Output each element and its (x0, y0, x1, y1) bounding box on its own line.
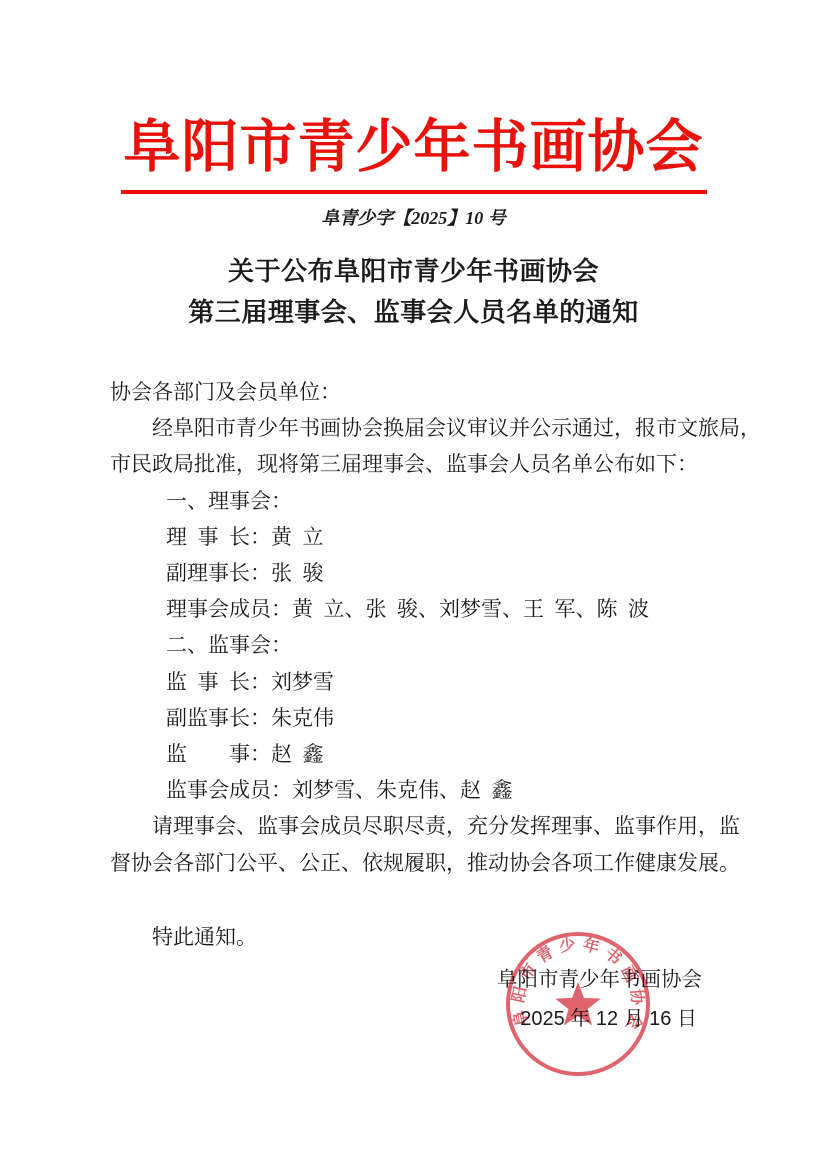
doc-number: 阜青少字【2025】10 号 (0, 203, 827, 233)
document-body: 协会各部门及会员单位： 经阜阳市青少年书画协会换届会议审议并公示通过，报市文旅局… (110, 374, 750, 1039)
closing-line-1: 请理事会、监事会成员尽职尽责，充分发挥理事、监事作用，监 (110, 808, 750, 844)
signature-block: 阜阳市青少年书画协会 2025 年 12 月 16 日 (110, 961, 750, 1039)
vice-supervisor-line: 副监事长：朱克伟 (110, 700, 750, 736)
signature-org: 阜阳市青少年书画协会 (110, 961, 750, 1000)
notice-line: 特此通知。 (110, 919, 750, 955)
org-name-header: 阜阳市青少年书画协会 (0, 112, 827, 183)
salutation: 协会各部门及会员单位： (110, 374, 750, 410)
header-divider (121, 190, 707, 194)
intro-line-2: 市民政局批准，现将第三届理事会、监事会人员名单公布如下： (110, 446, 750, 482)
official-seal-stamp: 阜阳市青少年书画协会 (503, 929, 653, 1079)
doc-title: 关于公布阜阳市青少年书画协会 第三届理事会、监事会人员名单的通知 (0, 251, 827, 333)
signature-date: 2025 年 12 月 16 日 (110, 1000, 750, 1039)
document-page: 阜阳市青少年书画协会 阜青少字【2025】10 号 关于公布阜阳市青少年书画协会… (0, 0, 827, 1169)
doc-title-line2: 第三届理事会、监事会人员名单的通知 (0, 292, 827, 333)
supervisory-members-line: 监事会成员：刘梦雪、朱克伟、赵 鑫 (110, 772, 750, 808)
doc-title-line1: 关于公布阜阳市青少年书画协会 (0, 251, 827, 292)
closing-line-2: 督协会各部门公平、公正、依规履职，推动协会各项工作健康发展。 (110, 845, 750, 881)
section-2-heading: 二、监事会： (110, 627, 750, 663)
intro-line-1: 经阜阳市青少年书画协会换届会议审议并公示通过，报市文旅局， (110, 410, 750, 446)
vice-chairman-line: 副理事长：张 骏 (110, 555, 750, 591)
chief-supervisor-line: 监 事 长：刘梦雪 (110, 664, 750, 700)
seal-star-icon (555, 982, 601, 1025)
chairman-line: 理 事 长：黄 立 (110, 519, 750, 555)
section-1-heading: 一、理事会： (110, 483, 750, 519)
supervisor-line: 监 事：赵 鑫 (110, 736, 750, 772)
council-members-line: 理事会成员：黄 立、张 骏、刘梦雪、王 军、陈 波 (110, 591, 750, 627)
